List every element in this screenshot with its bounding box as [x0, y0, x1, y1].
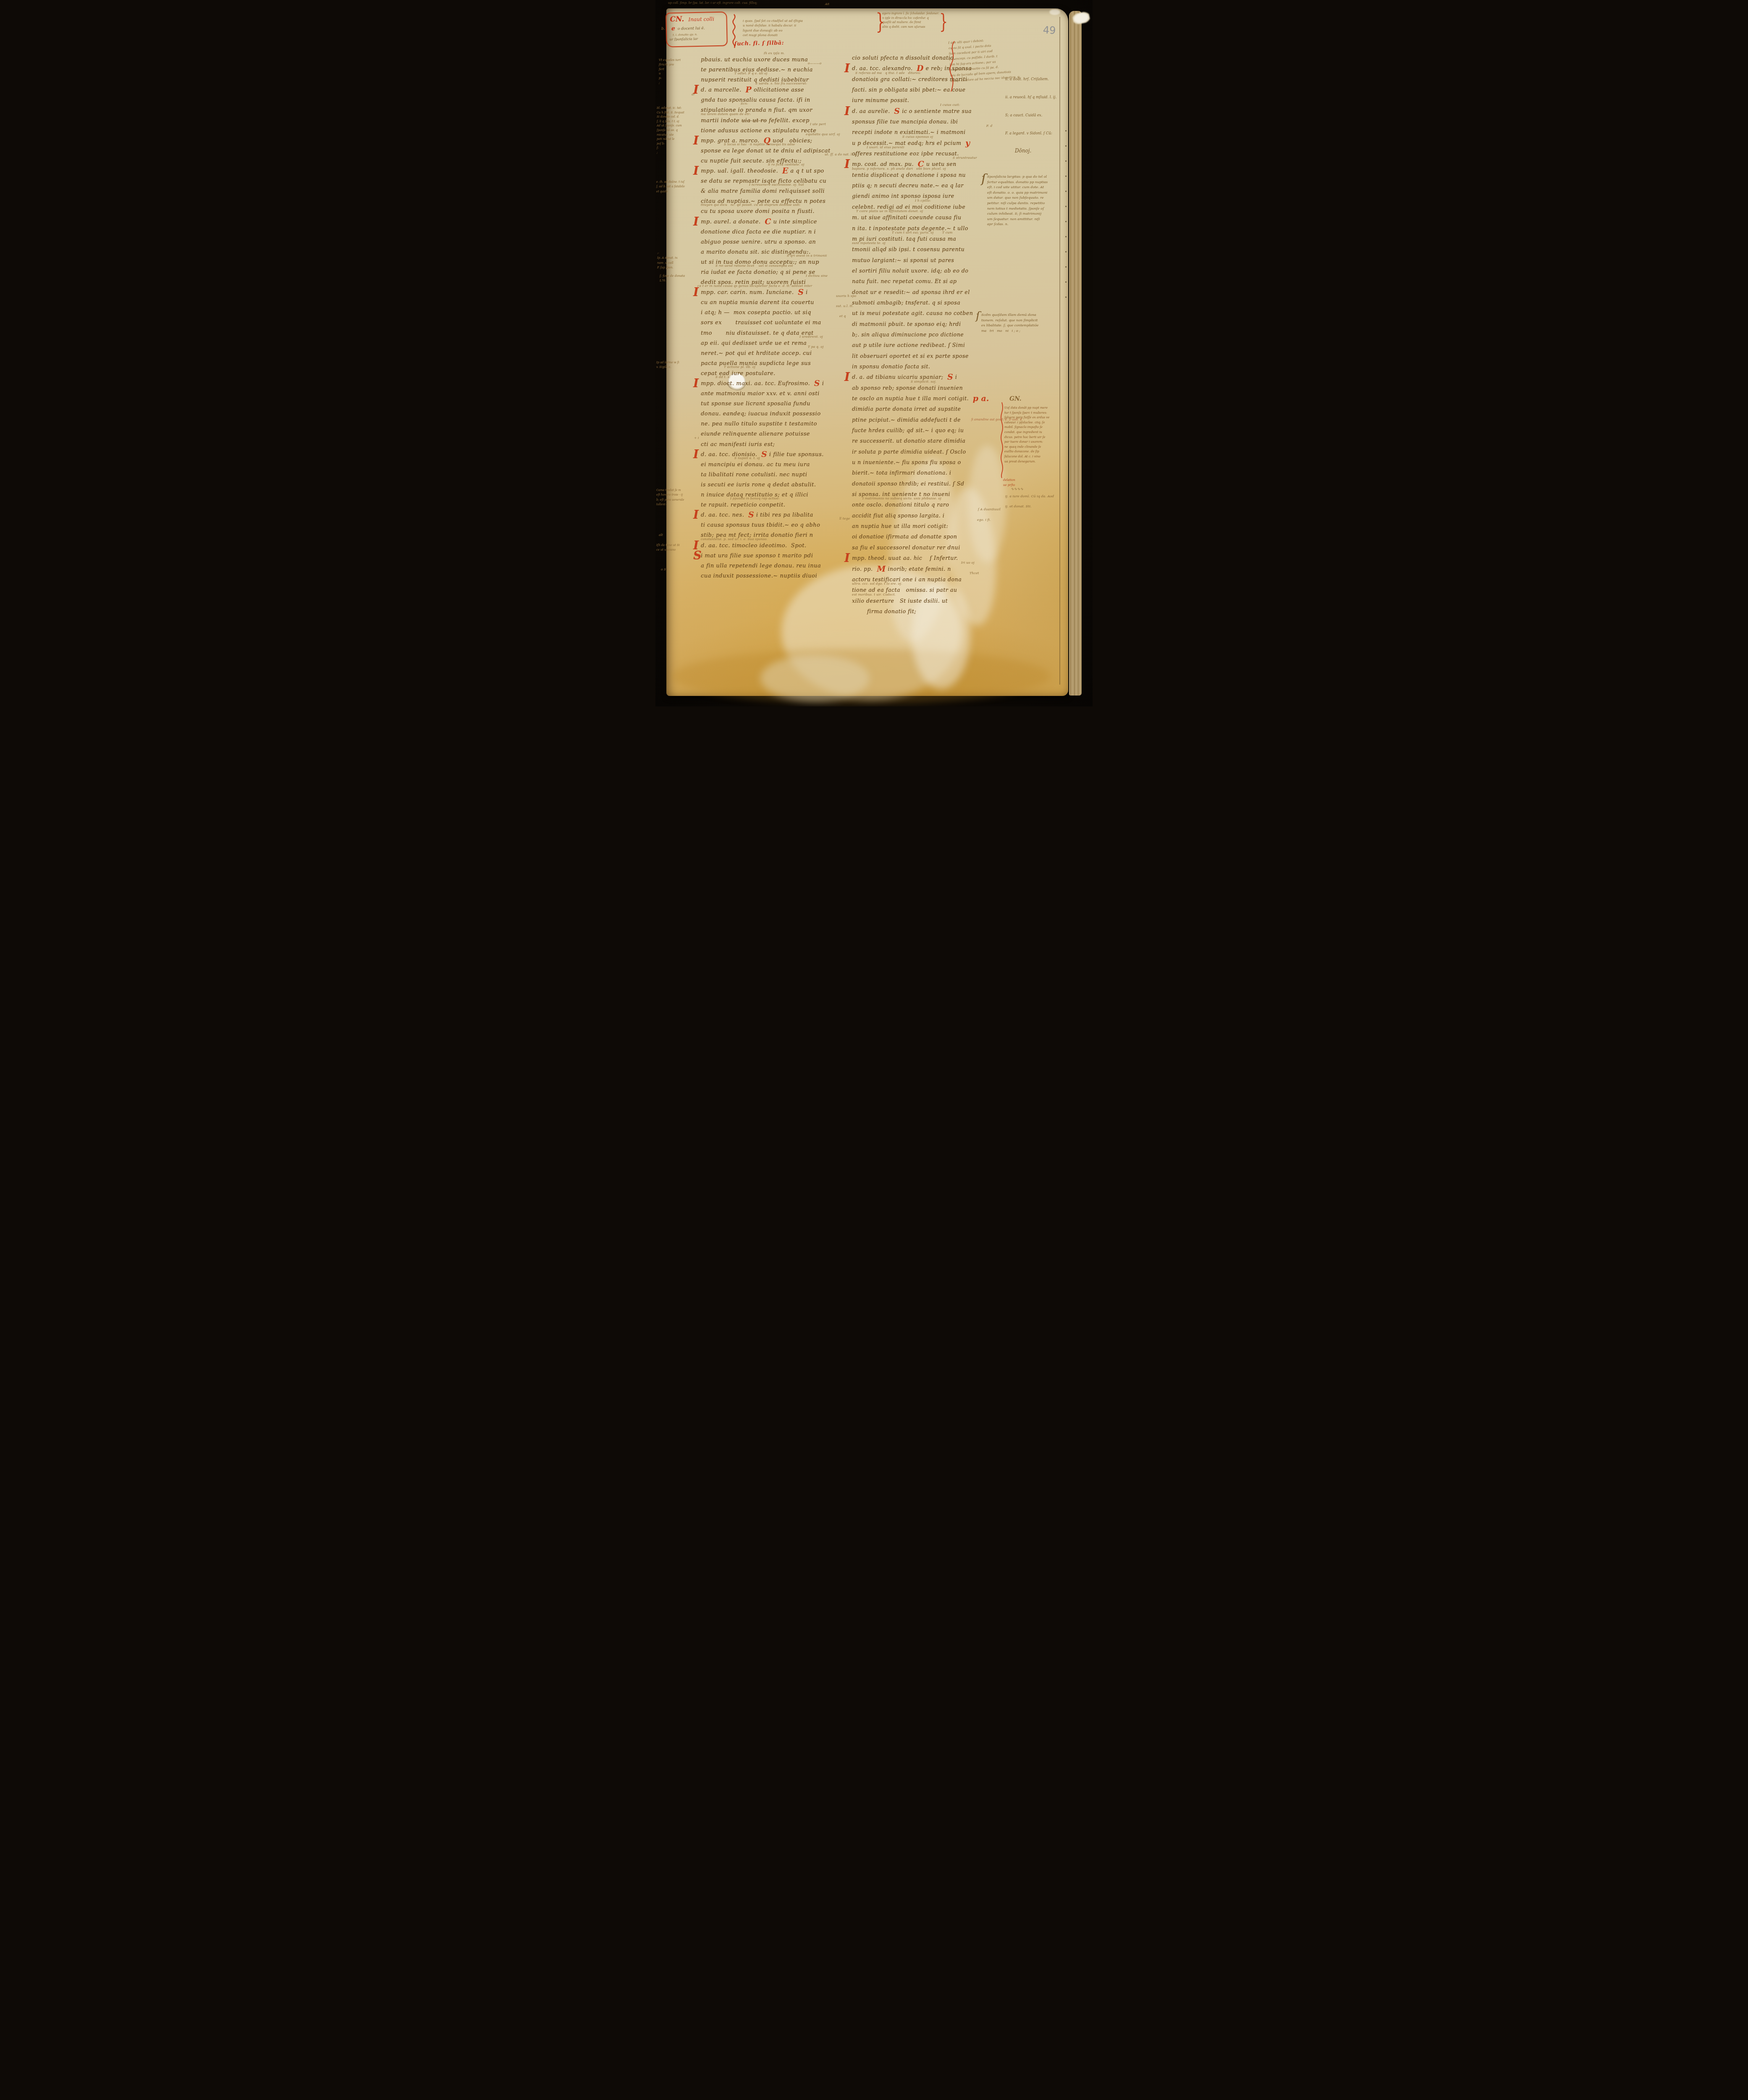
- gloss-line: ſtricto pre: [659, 63, 681, 67]
- line-text: donatoii sponso thrdib; ei restitui. ſ S…: [852, 480, 964, 487]
- text-line: is secuti ee iuris rone q dedat abstulit…: [701, 480, 849, 490]
- chapter-mark: CN.: [670, 15, 684, 24]
- rubricated-initial: I: [844, 62, 850, 75]
- gloss-line: petitur. niſi culpa dantis. repetitio: [987, 201, 1048, 206]
- gloss-line: poſ b:: [657, 142, 684, 146]
- gloss-line: Vt equales iuri: [659, 58, 681, 63]
- interlinear-gloss: sunt inpotesta te. oj: [852, 241, 886, 245]
- gloss-line: Si donate cel. d.: [657, 115, 684, 119]
- margin-fragment: b.: [661, 27, 665, 31]
- gloss-line: fert: [659, 67, 681, 72]
- text-line: ne. pea nullo titulo supstite t testamit…: [701, 419, 849, 429]
- gloss-line: alt: [659, 533, 663, 537]
- text-line: firma donatio fit;: [852, 607, 991, 617]
- text-line: tut sponse sue licrant sposalia fundu: [701, 399, 849, 409]
- folio-number: 49: [1043, 24, 1056, 37]
- chapter-gloss-line: t. i. donatio qp: n.: [673, 33, 697, 37]
- text-line: ta libalitati rone cotulisti. nec nupti: [701, 470, 849, 480]
- parchment-stain: [760, 655, 870, 701]
- gloss-line: Uoſ data donāt pp nupt mere: [1004, 406, 1049, 411]
- line-text: ria iudat ee facta donatio; q si pene se: [701, 269, 815, 276]
- line-text: donat ur e resedit:~ ad sponsa ihrd er e…: [852, 289, 970, 295]
- line-text: e reb; in sponsa: [926, 65, 972, 71]
- margin-label-donno: Dōnoj.: [1015, 148, 1031, 154]
- book-fore-edge: [1069, 11, 1082, 696]
- gloss-line: u nonē deſidae. ii habalu decur. ii: [743, 23, 803, 28]
- text-line: bierit.~ tota infirmari donationa. i: [852, 468, 991, 479]
- gloss-line: nam .v. call: [657, 261, 678, 265]
- text-line: aut p utile iure actione redibeat. ſ Sim…: [852, 341, 991, 351]
- line-text: ic o sentiente matre sua: [902, 108, 972, 114]
- line-text: giendi animo int sponso isposa iure: [852, 193, 954, 199]
- line-text: mutuo largiant:~ si sponsi ut pares: [852, 257, 954, 263]
- line-text: ptine pcipiut.~ dimidia addefucti t de: [852, 417, 961, 423]
- rubricated-initial: e: [671, 25, 675, 32]
- red-capital: P: [746, 85, 752, 94]
- rubricated-initial: I: [693, 448, 699, 461]
- text-line: natu fuit. nec repetat comu. Et si ap: [852, 277, 991, 287]
- text-line: o Si cua induxit possessione.~ nuptiis d…: [701, 571, 849, 581]
- line-text: xilio deserture St iuste dsilii. ut: [852, 598, 948, 604]
- line-text: gnda tuo sponsaliu causa facta. ifi in: [701, 97, 810, 103]
- rubricated-initial: I: [693, 286, 699, 299]
- citation-line: F. a legard. v Sidonī. ſ Cū:: [1005, 125, 1056, 143]
- line-text: cti ac manifesti iuris est;: [701, 441, 775, 448]
- line-text: oi donatioe ifirmata ad donatte spon: [852, 533, 957, 540]
- line-text: ap eii. qui dedisset urde ue et rema: [701, 340, 807, 346]
- gloss-line: ligunt due donaqſc ab eo: [743, 28, 803, 33]
- line-text: d. aa. tcc. timocleo ideotimo. Spot.: [701, 543, 807, 549]
- gloss-line: P. ſup ſpon.: [657, 265, 678, 270]
- interlinear-gloss: I cuius cuit:: [940, 103, 960, 107]
- rubricated-initial: I: [693, 134, 699, 147]
- text-line: S dd t. s. I mpp. dioct. maxi. aa. tcc. …: [701, 379, 849, 389]
- text-line: ca t er in iusta causa qs genus locuplet…: [701, 288, 849, 298]
- citation-line: ij. a iure domī. Cū iq da. Aod: [1005, 491, 1054, 501]
- line-text: facti. sin p obligata sibi pbet:~ ea cou…: [852, 87, 966, 93]
- text-line: a fin ulla repetendi lege donau. reu inu…: [701, 561, 849, 571]
- line-text: & alia matre familia domi reliquisset so…: [701, 188, 825, 194]
- line-text: neret.~ pot qui et hrditate accep. cui: [701, 350, 812, 357]
- cut-top-line: up coll. ſimp. br ſpa. lat. lor. i ur eſ…: [668, 1, 757, 5]
- line-text: d. aa aurelie.: [852, 108, 892, 114]
- gloss-line: apr ſcdas. n.: [987, 222, 1048, 227]
- interlinear-gloss: est moribus. t uir. Codect.: [852, 593, 896, 596]
- interlinear-gloss: T actione pl. ilb. oj: [724, 365, 755, 369]
- gloss-line: tollent:: [656, 502, 684, 507]
- line-text: is secuti ee iuris rone q dedat abstulit…: [701, 482, 816, 488]
- interlinear-gloss: sut. u.l. tt.: [836, 304, 854, 308]
- line-text: donau. eandeq; iuacua induxit possessio: [701, 411, 820, 417]
- line-text: cu tu sposa uxore domi posita n fiusti.: [701, 208, 815, 215]
- interlinear-gloss: S cuius sponsus oj: [902, 135, 933, 139]
- interlinear-gloss: T odlet. F q e. idi oj: [734, 71, 768, 75]
- gloss-line: eſt honore troie - ij: [656, 493, 684, 497]
- interlinear-gloss: I dictiou sine: [806, 274, 828, 278]
- text-line: u n inueniente.~ fiu spons fiu sposa o: [852, 458, 991, 468]
- text-line: ttiuyen qui dicu nc. qd possit. cu ab st…: [701, 207, 849, 217]
- sponsalicia-gloss: Sponſalicia largitas: p qua do tel olfer…: [987, 174, 1048, 227]
- interlinear-gloss: ll tege: [839, 517, 850, 520]
- line-text: ta libalitati rone cotulisti. nec nupti: [701, 472, 807, 478]
- text-line: ſ A duanSuuil accidit fiut aliq sponso l…: [852, 511, 991, 522]
- line-text: rio. pp.: [852, 566, 875, 572]
- text-line: sut. u.l. tt. i atq; h — mox cosepta pac…: [701, 308, 849, 318]
- rubricated-initial: I: [693, 509, 699, 522]
- text-line: + i cti ac manifesti iuris est;: [701, 440, 849, 450]
- line-text: i: [955, 374, 957, 380]
- text-line: ir soluta p parte dimidia uideat. ſ Oscl…: [852, 447, 991, 458]
- text-line: ante matmoniu maior xxv. et v. anni osti: [701, 389, 849, 399]
- rubricated-initial: I: [693, 84, 699, 97]
- red-capital: M: [877, 564, 886, 574]
- text-line: et q sors ex trauisset cot uoluntate ei …: [701, 318, 849, 328]
- gloss-line: et quide: [656, 189, 685, 194]
- line-text: bierit.~ tota infirmari donationa. i: [852, 470, 951, 476]
- line-text: tmonii aliqd sib ipsi. t cosensu parentu: [852, 246, 964, 252]
- line-text: mpp. dioct. maxi. aa. tcc. Eufrosimo.: [701, 381, 812, 387]
- line-text: i tibi res pa libalita: [756, 512, 813, 518]
- sewing-holes: [1065, 130, 1067, 307]
- interlinear-gloss: F. d: [986, 124, 992, 128]
- text-line: est moribus. t uir. Codect. xilio desert…: [852, 596, 991, 607]
- interlinear-gloss: S rei uend ratione licet uel si consumpt…: [715, 264, 793, 268]
- gloss-line: aliis q dedit. cam non uſuruas: [882, 25, 939, 29]
- line-text: i: [822, 381, 824, 387]
- gloss-line: ne quaq inde clinande ſe: [1004, 445, 1049, 450]
- text-line: dimidia parte donata irret ad supstite: [852, 404, 991, 415]
- interlinear-gloss: equitatis qua uirf. oj: [806, 132, 840, 136]
- interlinear-gloss: S simplicit. soj.: [911, 380, 936, 383]
- left-margin-block: Ip ad larme w ſiv. Sigill. c.: [656, 360, 679, 370]
- red-margin-rule: [1000, 402, 1004, 478]
- text-line: ma iorem dotem quam de etr: martii indot…: [701, 116, 849, 126]
- text-line: S nupsit a. t. oj ei mancipiu ei donau. …: [701, 460, 849, 470]
- red-capital: E: [782, 166, 788, 176]
- text-line: S i mat ura filie sue sponso t marito pd…: [701, 551, 849, 561]
- text-line: donatoii sponso thrdib; ei restitui. ſ S…: [852, 479, 991, 490]
- line-text: in sponsu donatio facta sit.: [852, 363, 930, 370]
- interlinear-gloss: I uredirent. oj: [799, 335, 823, 339]
- text-line: ptiis q; n secuti decreu nate.~ ea q lar: [852, 181, 991, 192]
- line-text: cua induxit possessione.~ nuptiis diuoi: [701, 573, 817, 579]
- interlinear-gloss: Iri uo oj: [961, 561, 975, 564]
- line-text: firma donatio fit;: [852, 608, 916, 614]
- line-text: ut is meui potestate agit. causa no cotb…: [852, 310, 973, 316]
- line-text: an nuptia hue ut illa mori cotigit:: [852, 523, 948, 529]
- text-line: iure minume possit.: [852, 96, 991, 106]
- line-text: sponsus filie tue mancipia donau. ibi: [852, 118, 958, 125]
- line-text: donatione dica facta ee die nuptiar. n i: [701, 229, 816, 235]
- interlinear-gloss: + i: [694, 436, 699, 440]
- text-line: el sortiri filiu noluit uxore. idq; ab e…: [852, 266, 991, 277]
- gloss-line: n ipſe in dtraccla hic coferdur. q: [882, 16, 939, 21]
- gloss-line: ſponſa nō ee. q: [657, 128, 684, 133]
- text-line: abiguo posse uenire. utru a sponso. an: [701, 237, 849, 247]
- red-capital: S: [761, 450, 767, 459]
- citation-line: ii. a reuocā. hſ q mſiuid. l. ij.: [1005, 89, 1056, 107]
- text-line: S uarda. s. hio fiu successerat: I d. a …: [701, 85, 849, 95]
- rubricated-initial: I: [693, 165, 699, 178]
- red-capital: y: [965, 139, 970, 148]
- gloss-line: par tuere donar i uxorem:: [1004, 440, 1049, 445]
- gloss-line: fertur equalitas. donatio pp nuptias: [987, 180, 1048, 185]
- text-line: T coire platis ue in affinitatem donet. …: [852, 213, 991, 223]
- gloss-line: Id. adonat. ic. tat:: [657, 106, 684, 110]
- line-text: mp. aurel. a donate.: [701, 219, 763, 225]
- interlinear-gloss: constantelui. p. sed ur. i. e. Sua spons…: [701, 537, 768, 541]
- chapter-gloss-line: ur ſponſalicia lar: [669, 37, 698, 41]
- text-line: donat ur e resedit:~ ad sponsa ihrd er e…: [852, 288, 991, 298]
- line-text: i filie tue sponsus.: [769, 451, 824, 458]
- top-gloss-cluster-a: i quas. ſpal ſet co ctadſiel ut ad iſtig…: [743, 18, 803, 38]
- gloss-line: delation: [1003, 478, 1015, 483]
- line-text: submoti ambagib; tnsferat. q si sposa: [852, 299, 960, 306]
- left-text-column: Ih ex ipſa m. pbauis. ut euchia uxore du…: [701, 55, 849, 581]
- gloss-line: um ſequatur. non amittitur. niſi: [987, 217, 1048, 222]
- line-text: u n inueniente.~ fiu spons fiu sposa o: [852, 459, 961, 465]
- rubricated-initial: S: [693, 549, 702, 562]
- left-margin-block: Vt equales iuriſtricto prefertup:;: [659, 58, 681, 85]
- interlinear-gloss: ſ A duanSuuil: [978, 507, 1001, 511]
- left-margin-block: ſ; foue de donataL76.: [660, 274, 685, 283]
- red-zigzag: ∿∿∿∿: [1011, 487, 1023, 491]
- line-text: ei mancipiu ei donau. ac tu meu iura: [701, 462, 810, 468]
- line-text: pacta puella munia supdicta lege sus: [701, 360, 811, 367]
- interlinear-gloss: ma iorem dotem quam de etr:: [701, 112, 751, 116]
- line-text: accidit fiut aliq sponso largita. i: [852, 512, 944, 519]
- text-line: I d. aa. tcc. nes. S i tibi res pa libal…: [701, 510, 849, 520]
- line-text: el sortiri filiu noluit uxore. idq; ab e…: [852, 268, 968, 274]
- line-text: lit obseruari oportet et si ex parte spo…: [852, 353, 969, 359]
- text-line: cio soluti pfecta n dissoluit donatio.: [852, 53, 991, 64]
- gloss-line: Ip ad larme w ſi: [656, 360, 679, 365]
- line-text: d. aa. tcc. nes.: [701, 512, 746, 518]
- gloss-line: eſt. i cod uite utitur. cum dote. At: [987, 185, 1048, 190]
- interlinear-gloss: S referas ad ma q ttui. t ade ditores:: [855, 71, 921, 75]
- text-line: fucte hrdes cuilib; qd sit.~ i quo eq; i…: [852, 426, 991, 436]
- line-text: onte osclo. donationi titulo q raro: [852, 501, 949, 508]
- gloss-line: Cu h ſtat. S. Sequat: [657, 110, 684, 115]
- line-text: offeres restitutione eoz ipbe recusat.: [852, 150, 959, 157]
- line-text: tmo niu distauisset. te q data erat: [701, 330, 814, 336]
- text-line: oi donatioe ifirmata ad donatte spon: [852, 532, 991, 543]
- left-margin-block: e. ih. ad daāne. t iuſſ; ad b. uit a fat…: [656, 180, 685, 194]
- text-line: b;. sin aliqua diminucione pco dictione: [852, 330, 991, 341]
- text-line: facti. sin p obligata sibi pbet:~ ea cou…: [852, 85, 991, 96]
- gloss-line: e. ih. ad daāne. t iuſ: [656, 180, 685, 184]
- citation-line: ii. a doāt. hrſ. Criſaliem.: [1005, 71, 1056, 89]
- line-text: tentia displiceat q donatione i sposa nu: [852, 172, 966, 178]
- text-line: donatione dica facta ee die nuptiar. n i: [701, 227, 849, 237]
- interlinear-gloss: T pa q. oj: [808, 345, 823, 349]
- gloss-line: ;: [657, 150, 684, 155]
- gloss-line: Ip. A donat. iv.: [657, 256, 678, 260]
- text-line: sponsus filie tue mancipia donau. ibi: [852, 117, 991, 128]
- gloss-line: condat. que ingredient iu: [1004, 430, 1049, 435]
- line-text: d. a marcelle.: [701, 87, 744, 93]
- red-brace: }: [939, 10, 948, 34]
- chapter-heading-box: CN. Inaut colli e o docent lui ē. t. i. …: [666, 11, 728, 47]
- interlinear-gloss: S nupsit a. t. oj: [734, 456, 760, 460]
- text-line: lit obseruari oportet et si ex parte spo…: [852, 352, 991, 362]
- text-line: ego. i fi. an nuptia hue ut illa mori co…: [852, 522, 991, 532]
- line-text: abiguo posse uenire. utru a sponso. an: [701, 239, 816, 245]
- line-text: ti causa sponsus tuus tbidit.~ eo q abho: [701, 522, 820, 528]
- left-margin-block: alt: [659, 533, 663, 537]
- text-line: di matmonii pbuit. te sponso eiq; hrdi: [852, 320, 991, 330]
- line-text: b;. sin aliqua diminucione pco dictione: [852, 331, 964, 338]
- gloss-line: mobil. ſignaclo impoſto ſe: [1004, 425, 1049, 430]
- rubricated-initial: I: [693, 377, 699, 390]
- gloss-line: euillio donacone. de ſip: [1004, 449, 1049, 454]
- gloss-line: v. Sigill. c.: [656, 365, 679, 370]
- interlinear-gloss: et q: [839, 314, 846, 318]
- gloss-line: culum inhibeat. S; ſi matrimonij: [987, 211, 1048, 217]
- text-line: ut is meui potestate agit. causa no cotb…: [852, 309, 991, 319]
- interlinear-gloss: S uarda. s. hio fiu successerat:: [755, 81, 807, 85]
- text-line: I uredirent. oj ap eii. qui dedisset urd…: [701, 339, 849, 349]
- gloss-line: ſ; foue de donata: [660, 274, 685, 278]
- chapter-line: o docent lui ē.: [678, 26, 705, 31]
- text-line: uxoris h spo cu an nuptia munia darent i…: [701, 298, 849, 308]
- gloss-line: i quas. ſpal ſet co ctadſiel ut ad iſtig…: [743, 18, 803, 23]
- rubricated-initial: I: [844, 552, 850, 565]
- line-text: sors ex trauisset cot uoluntate ei ma: [701, 320, 821, 326]
- gloss-line: ce ut uaciano: [656, 548, 680, 552]
- right-margin-bottom-citations: ij. a iure domī. Cū iq da. Aodij. et don…: [1005, 491, 1054, 512]
- text-line: sa fiu el successorel donatur rer dnui: [852, 543, 991, 554]
- line-text: inorib; etate femini. n: [888, 566, 951, 572]
- right-text-column: cio soluti pfecta n dissoluit donatio. I…: [852, 53, 991, 617]
- line-text: donatiois gra collati:~ creditores marit…: [852, 76, 967, 82]
- red-capital: S: [894, 107, 900, 116]
- left-margin-block: Id. adonat. ic. tat:Cu h ſtat. S. Sequat…: [657, 106, 684, 155]
- line-text: cu an nuptia munia darent ita couertu: [701, 299, 814, 306]
- line-text: ante matmoniu maior xxv. et v. anni osti: [701, 391, 820, 397]
- text-line: bapiora. p inferiora. s. ph anele dari s…: [852, 171, 991, 181]
- text-line: S ro ficta castitate. oj I mpp. ual. iga…: [701, 166, 849, 176]
- gloss-line: ſ; ad b. uit a fatabile: [656, 184, 685, 189]
- line-text: di matmonii pbuit. te sponso eiq; hrdi: [852, 321, 961, 327]
- line-text: dimidia parte donata irret ad supstite: [852, 406, 961, 412]
- gloss-line: Cama tradat ſe m: [656, 488, 684, 493]
- text-line: eiunde relinquente alienare potuisse: [701, 429, 849, 439]
- gloss-line: ua preat denegarum.: [1004, 459, 1049, 465]
- interlinear-gloss: I ute pert: [810, 122, 826, 126]
- line-text: ptiis q; n secuti decreu nate.~ ea q lar: [852, 182, 964, 189]
- gloss-line: falucone dol. At c. i vino: [1004, 454, 1049, 459]
- interlinear-gloss: S dd t. s.: [715, 375, 731, 379]
- manuscript-photo: 49 up coll. ſimp. br ſpa. lat. lor. i ur…: [655, 0, 1093, 706]
- line-text: natu fuit. nec repetat comu. Et si ap: [852, 278, 957, 284]
- text-line: I cuius cuit: I d. aa aurelie. S ic o se…: [852, 107, 991, 117]
- gloss-line: cet mugi plona donati: [743, 33, 803, 37]
- rubric-incipit: ſuch. fi. ſ ſilbā:: [734, 40, 784, 47]
- interlinear-gloss: ultra. ccc. sol dgo. t lo sre. oj.: [852, 582, 902, 585]
- text-line: S referas ad ma q ttui. t ade ditores: d…: [852, 75, 991, 85]
- interlinear-gloss: I pposita in bonoq rap actioe:: [730, 496, 780, 500]
- text-line: re successerit. ut donatio stare dimidia: [852, 436, 991, 447]
- gloss-line: L76.: [660, 278, 685, 283]
- line-text: cio soluti pfecta n dissoluit donatio.: [852, 55, 955, 61]
- red-capital: S: [947, 373, 953, 382]
- line-text: fucte hrdes cuilib; qd sit.~ i quo eq; i…: [852, 427, 964, 433]
- interlinear-gloss: ttiuyen qui dicu nc. qd possit. cu ab st…: [701, 203, 801, 207]
- rubricated-initial: I: [844, 105, 850, 118]
- interlinear-gloss: ca t er in iusta causa qs genus locuplet…: [697, 284, 812, 288]
- line-text: ab sponso reb; sponse donati inuenien: [852, 385, 963, 391]
- text-line: I d. aa. tcc. dionisio. S i filie tue sp…: [701, 450, 849, 460]
- interlinear-gloss: Ih ex ipſa m.: [764, 51, 785, 55]
- gloss-line: dicus. petre hoc berti uir ſe: [1004, 435, 1049, 440]
- line-text: i: [806, 289, 808, 296]
- interlinear-gloss: bapiora. p inferiora. s. ph anele dari s…: [852, 167, 946, 171]
- gloss-line: agero ingrore ī. ſic ſcholaidar. ſeidone…: [882, 11, 939, 16]
- interlinear-gloss: Scn:: [741, 102, 748, 105]
- gloss-line: :-: [657, 251, 678, 256]
- line-text: a fin ulla repetendi lege donau. reu inu…: [701, 563, 821, 569]
- interlinear-gloss: Thcet: [970, 571, 979, 575]
- line-text: mpp. theod. uuat aa. hic ſ Infertur.: [852, 555, 958, 561]
- text-line: gnda tuo sponsaliu causa facta. ifi in: [701, 95, 849, 105]
- gloss-line: quaſili ad muliere. de ſtimt: [882, 20, 939, 25]
- text-line: S simplicit. soj. ab sponso reb; sponse …: [852, 383, 991, 394]
- line-text: sa fiu el successorel donatur rer dnui: [852, 544, 960, 551]
- top-gloss-cluster-b: agero ingrore ī. ſic ſcholaidar. ſeidone…: [882, 11, 939, 29]
- rubricated-initial: I: [693, 215, 699, 228]
- page-edge-line: [1059, 17, 1060, 685]
- text-line: I matrimonio no subseq uicto. uxis phibu…: [852, 500, 991, 511]
- gloss-line: Sponſalicia largitas: p qua do tel ol: [987, 174, 1048, 180]
- line-text: eiunde relinquente alienare potuisse: [701, 431, 810, 437]
- text-line: I ncreuenere successisse. oj. hut & alia…: [701, 186, 849, 197]
- text-line: tmo niu distauisset. te q data erat: [701, 328, 849, 339]
- text-line: submoti ambagib; tnsferat. q si sposa: [852, 298, 991, 309]
- gloss-line: nem totius t medietatis. ſponſe oſ: [987, 206, 1048, 212]
- rubricated-initial: I: [844, 371, 850, 384]
- left-margin-block: Iſh da tane ut Sice ut uaciano: [656, 543, 680, 553]
- line-text: ne. pea nullo titulo supstite t testamit…: [701, 421, 817, 427]
- gloss-line: micatur. ute: [657, 133, 684, 137]
- gloss-line: eſt donatio. o. o. quia pp matrimoni: [987, 190, 1048, 196]
- text-line: Ih ex ipſa m. pbauis. ut euchia uxore du…: [701, 55, 849, 65]
- text-line: ptine pcipiut.~ dimidia addefucti t de: [852, 415, 991, 426]
- interlinear-gloss: T coire platis ue in affinitatem donet. …: [856, 209, 923, 213]
- line-text: ollicitatione asse: [754, 87, 804, 93]
- interlinear-gloss: o Si: [661, 567, 667, 571]
- interlinear-gloss: S struntrautur: [953, 156, 977, 160]
- line-text: mpp. car. carin. num. Iunciane.: [701, 289, 796, 296]
- delation-note: delationue prſto: [1003, 478, 1015, 488]
- left-margin-block: Cama tradat ſe meſt honore troie - ijb; …: [656, 488, 684, 507]
- right-margin-citations: ii. a doāt. hrſ. Criſaliem.ii. a reuocā.…: [1005, 71, 1056, 143]
- line-text: iure minume possit.: [852, 97, 909, 103]
- text-line: donau. eandeq; iuacua induxit possessio: [701, 409, 849, 419]
- red-capital: p a.: [973, 394, 989, 403]
- red-capital: S: [814, 379, 820, 388]
- interlinear-gloss: I uxori. id eius parenti: [867, 145, 904, 149]
- line-text: m. ut siue affinitati coeunde causa fiu: [852, 214, 962, 220]
- interlinear-gloss: I ncreuenere successisse. oj. hut: [749, 183, 804, 186]
- gloss-line: um datur. quo non ſubſequuto. re: [987, 195, 1048, 201]
- gloss-line: ſ; li q ſala. t t. oj: [657, 119, 684, 124]
- text-line: I pposita in bonoq rap actioe: te rapuit…: [701, 500, 849, 510]
- text-line: te osclo an nuptia hue t illa mori cotig…: [852, 394, 991, 404]
- red-capital: C: [765, 217, 771, 226]
- line-text: te rapuit. repeticio conpetit.: [701, 502, 785, 508]
- text-line: o———o te parentibus eius dedisse.~ n euc…: [701, 65, 849, 75]
